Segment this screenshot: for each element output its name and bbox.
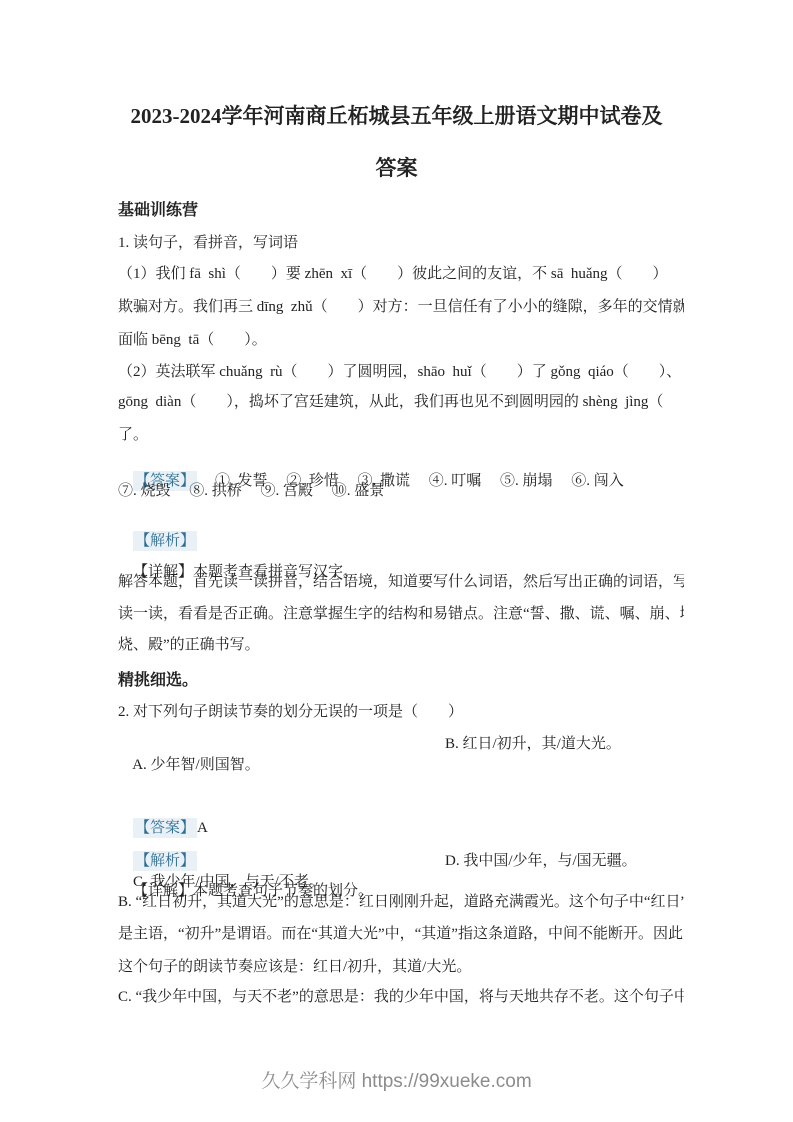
question1-answer-items-2: ⑦. 烧毁 ⑧. 拱桥 ⑨. 宫殿 ⑩. 盛景: [118, 481, 684, 502]
document-page: 2023-2024学年河南商丘柘城县五年级上册语文期中试卷及 答案 基础训练营 …: [0, 0, 793, 1122]
question2-explanation-line2: 是主语，“初升”是谓语。而在“其道大光”中，“其道”指这条道路，中间不能断开。因…: [118, 924, 684, 945]
question1-pinyin-line6: 了。: [118, 425, 684, 446]
question1-pinyin-line5: gōng diàn（ ），捣坏了宫廷建筑，从此，我们再也见不到圆明园的 shèn…: [118, 392, 684, 413]
page-title-line1: 2023-2024学年河南商丘柘城县五年级上册语文期中试卷及: [0, 100, 793, 130]
question2-option-a: A. 少年智/则国智。: [132, 757, 260, 773]
question1-explanation-line1: 解答本题，首先读一读拼音，结合语境，知道要写什么词语，然后写出正确的词语，写完后: [118, 572, 684, 593]
section2-heading: 精挑细选。: [118, 670, 684, 691]
question1-explanation-line3: 烧、殿”的正确书写。: [118, 635, 684, 656]
question1-stem: 1. 读句子，看拼音，写词语: [118, 233, 684, 254]
section1-heading: 基础训练营: [118, 200, 684, 221]
question2-stem: 2. 对下列句子朗读节奏的划分无误的一项是（ ）: [118, 702, 684, 723]
page-title-line2: 答案: [0, 152, 793, 182]
question2-explanation-line3: 这个句子的朗读节奏应该是：红日/初升，其道/大光。: [118, 957, 684, 978]
question2-explanation-line1: B. “红日初升，其道大光”的意思是：红日刚刚升起，道路充满霞光。这个句子中“红…: [118, 892, 684, 913]
question1-pinyin-line3: 面临 bēng tā（ ）。: [118, 330, 684, 351]
site-watermark: 久久学科网 https://99xueke.com: [0, 1066, 793, 1093]
question1-pinyin-line2: 欺骗对方。我们再三 dīng zhǔ（ ）对方：一旦信任有了小小的缝隙，多年的交…: [118, 297, 684, 318]
question1-pinyin-line4: （2）英法联军 chuǎng rù（ ）了圆明园，shāo huǐ（ ）了 gǒ…: [118, 362, 684, 383]
question2-explanation-line4: C. “我少年中国，与天不老”的意思是：我的少年中国，将与天地共存不老。这个句子…: [118, 987, 684, 1008]
question1-explanation-line2: 读一读，看看是否正确。注意掌握生字的结构和易错点。注意“誓、撒、谎、嘱、崩、塌、: [118, 604, 684, 625]
question2-option-b: B. 红日/初升，其/道大光。: [445, 734, 621, 755]
question1-pinyin-line1: （1）我们 fā shì（ ）要 zhēn xī（ ）彼此之间的友谊，不 sā …: [118, 264, 684, 285]
